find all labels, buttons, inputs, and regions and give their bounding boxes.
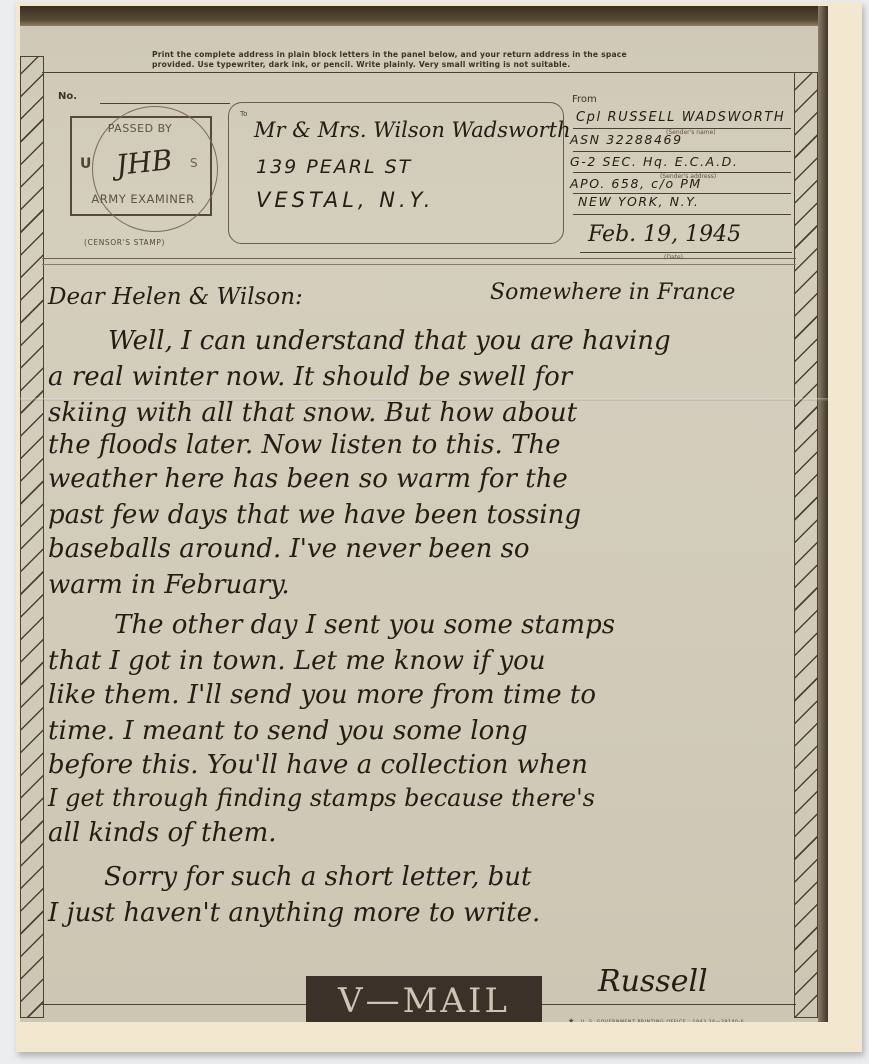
- censor-initials: JHB: [114, 143, 173, 182]
- recipient-name: Mr & Mrs. Wilson Wadsworth: [254, 118, 571, 142]
- letter-date: Feb. 19, 1945: [588, 222, 741, 247]
- censor-stamp-caption: (CENSOR'S STAMP): [84, 238, 165, 247]
- number-label: No.: [58, 91, 77, 102]
- recipient-city: VESTAL, N.Y.: [256, 188, 434, 212]
- star-icon: ★: [568, 1017, 575, 1022]
- letter-line: past few days that we have been tossing: [48, 500, 581, 530]
- letter-line: that I got in town. Let me know if you: [48, 646, 546, 676]
- sender-name: Cpl RUSSELL WADSWORTH: [576, 110, 785, 125]
- letter-line: all kinds of them.: [48, 818, 277, 848]
- letter-line: I just haven't anything more to write.: [48, 898, 540, 928]
- sender-apo: APO. 658, c/o PM: [570, 176, 702, 191]
- signature: Russell: [598, 964, 708, 999]
- letter-line: like them. I'll send you more from time …: [48, 680, 596, 710]
- sender-city-line: [573, 214, 791, 215]
- vmail-sheet: Print the complete address in plain bloc…: [20, 6, 828, 1022]
- censor-stamp-top-text: PASSED BY: [65, 122, 215, 135]
- salutation: Dear Helen & Wilson:: [48, 284, 303, 310]
- letter-line: skiing with all that snow. But how about: [48, 398, 577, 428]
- header-separator: [42, 258, 796, 259]
- censor-stamp-left-letter: U: [80, 156, 91, 172]
- letter-line: Sorry for such a short letter, but: [104, 862, 531, 892]
- censor-stamp-right-letter: S: [190, 156, 198, 170]
- right-shadow-band: [818, 6, 828, 1022]
- number-line: [100, 103, 230, 104]
- instructions-line-2: provided. Use typewriter, dark ink, or p…: [152, 60, 712, 70]
- censor-stamp-bottom-text: ARMY EXAMINER: [68, 192, 218, 206]
- date-line: [580, 252, 792, 253]
- left-hatched-border: [20, 56, 44, 1018]
- letter-line: time. I meant to send you some long: [48, 716, 528, 746]
- letter-line: before this. You'll have a collection wh…: [48, 750, 588, 780]
- recipient-street: 139 PEARL ST: [256, 156, 412, 178]
- sender-asn: ASN 32288469: [570, 132, 683, 147]
- to-label: To: [240, 110, 247, 118]
- letter-line: warm in February.: [48, 570, 290, 600]
- printing-office-line: ★U. S. GOVERNMENT PRINTING OFFICE : 1943…: [568, 1017, 744, 1022]
- letter-line: a real winter now. It should be swell fo…: [48, 362, 572, 392]
- from-label: From: [572, 94, 597, 105]
- sender-city: NEW YORK, N.Y.: [578, 194, 699, 209]
- letter-line: baseballs around. I've never been so: [48, 534, 530, 564]
- printing-office-text: U. S. GOVERNMENT PRINTING OFFICE : 1943 …: [581, 1020, 744, 1022]
- sender-asn-line: [573, 151, 791, 152]
- letter-line: I get through finding stamps because the…: [48, 784, 595, 812]
- form-instructions: Print the complete address in plain bloc…: [152, 50, 712, 70]
- instructions-line-1: Print the complete address in plain bloc…: [152, 50, 712, 60]
- sender-unit: G-2 SEC. Hq. E.C.A.D.: [570, 154, 738, 169]
- vmail-logo: V—MAIL: [306, 976, 542, 1022]
- right-hatched-border: [794, 72, 818, 1018]
- letter-line: the floods later. Now listen to this. Th…: [48, 430, 560, 460]
- frame-top-line: [42, 72, 796, 73]
- header-separator-secondary: [42, 264, 796, 265]
- letter-line: weather here has been so warm for the: [48, 464, 568, 494]
- letter-line: Well, I can understand that you are havi…: [108, 326, 671, 356]
- top-shadow-band: [20, 6, 828, 26]
- letter-place: Somewhere in France: [490, 280, 735, 305]
- letter-line: The other day I sent you some stamps: [114, 610, 615, 640]
